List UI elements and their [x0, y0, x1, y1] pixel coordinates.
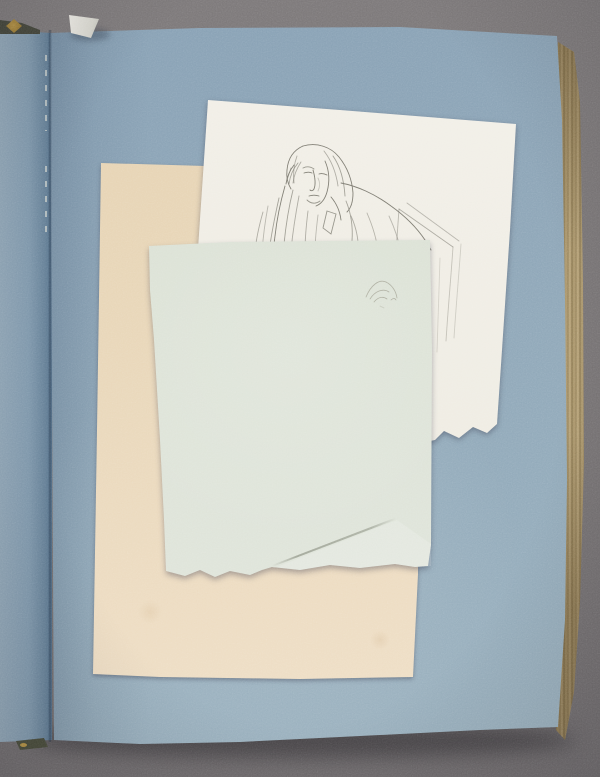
gilt-speck-icon: [20, 743, 27, 747]
gutter-crease: [48, 30, 52, 742]
photo-of-open-album: [0, 0, 600, 777]
stitching-thread: [45, 55, 47, 131]
blue-album-page: [0, 0, 600, 777]
stitching-thread: [45, 166, 47, 234]
